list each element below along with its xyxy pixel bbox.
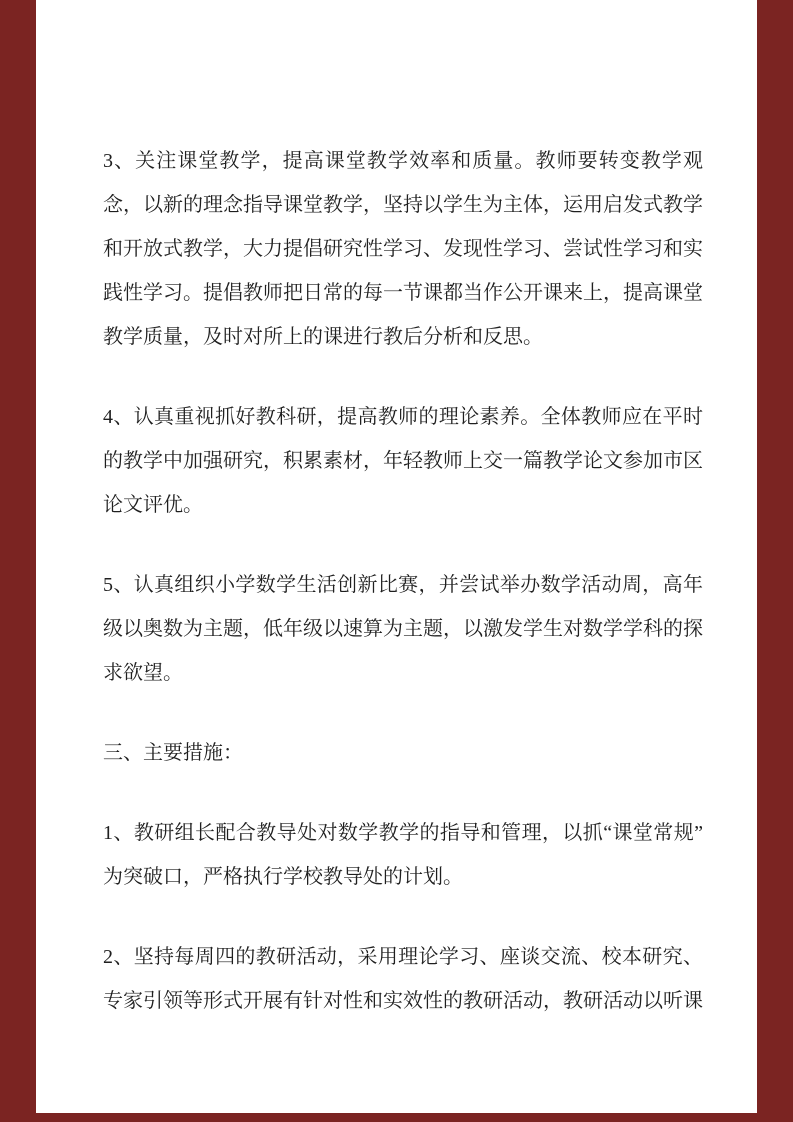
paragraph-item-4: 4、认真重视抓好教科研，提高教师的理论素养。全体教师应在平时的教学中加强研究，积…	[103, 395, 703, 527]
document-page: { "colors": { "frame": "#7b2422", "page"…	[0, 0, 793, 1122]
page-frame-left	[0, 0, 36, 1122]
paragraph-item-3: 3、关注课堂教学，提高课堂教学效率和质量。教师要转变教学观念，以新的理念指导课堂…	[103, 139, 703, 359]
page-frame-right	[757, 0, 793, 1122]
section-heading-main-measures: 三、主要措施：	[103, 731, 703, 775]
paragraph-item-5: 5、认真组织小学数学生活创新比赛，并尝试举办数学活动周，高年级以奥数为主题，低年…	[103, 563, 703, 695]
page-frame-bottom	[0, 1113, 793, 1122]
paragraph-measure-1: 1、教研组长配合教导处对数学教学的指导和管理，以抓“课堂常规”为突破口，严格执行…	[103, 811, 703, 899]
document-content: 3、关注课堂教学，提高课堂教学效率和质量。教师要转变教学观念，以新的理念指导课堂…	[103, 0, 703, 1059]
paragraph-measure-2: 2、坚持每周四的教研活动，采用理论学习、座谈交流、校本研究、专家引领等形式开展有…	[103, 935, 703, 1023]
